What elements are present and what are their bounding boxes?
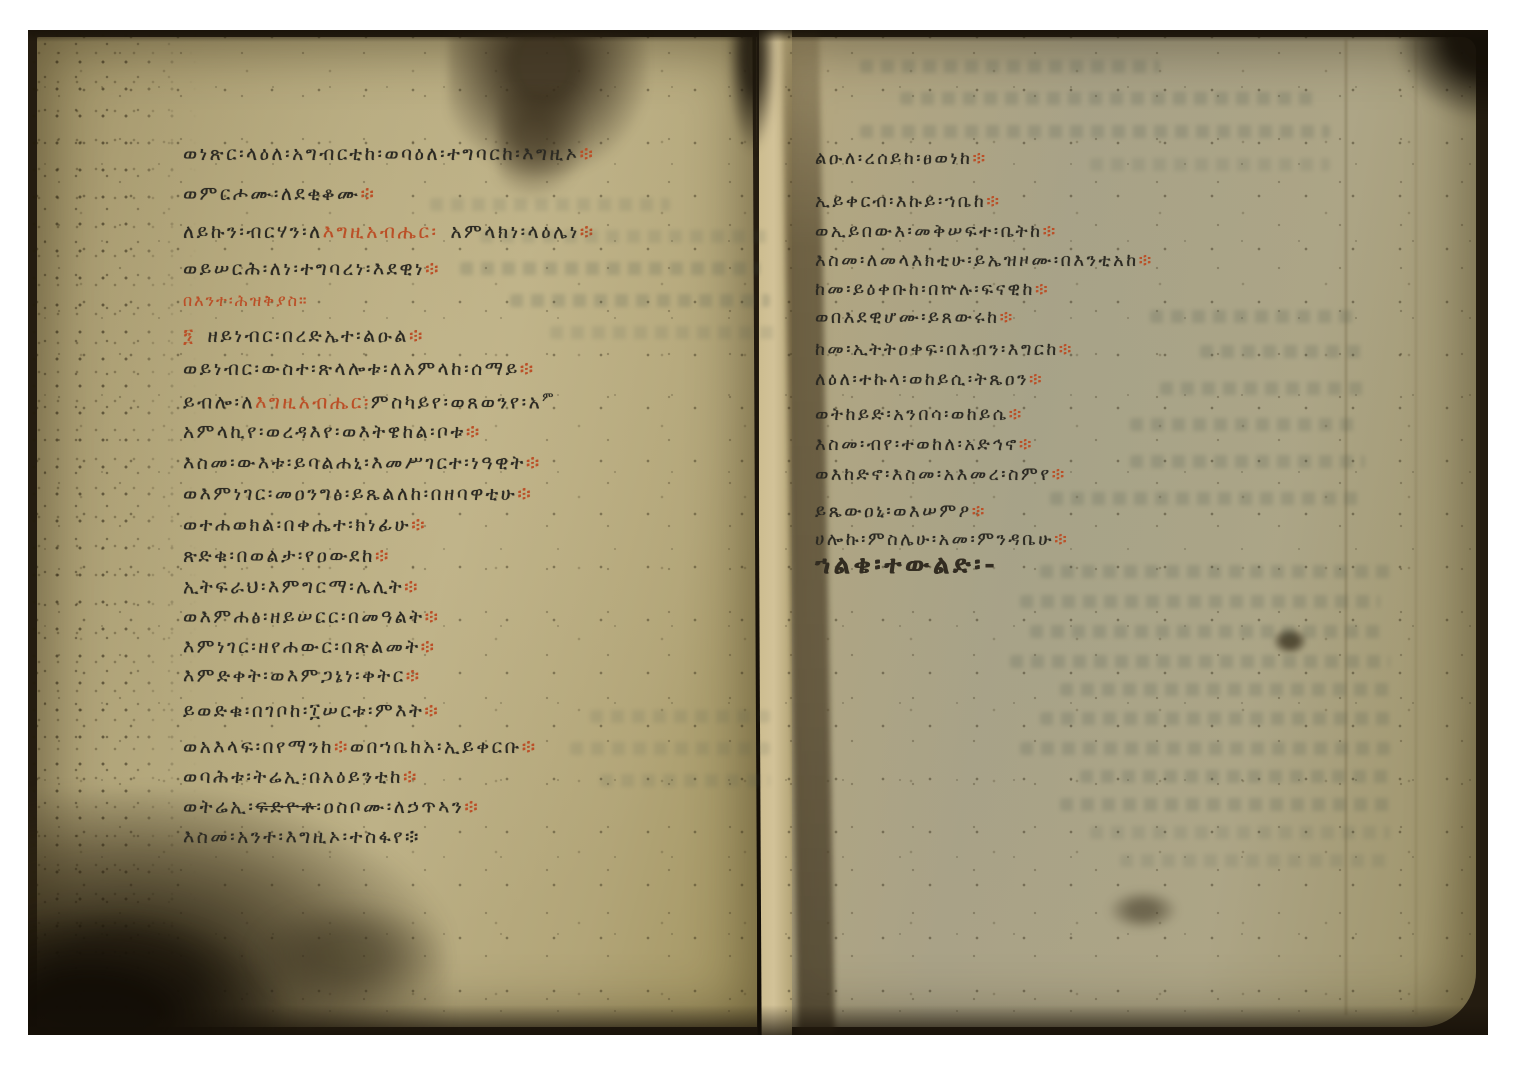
text-segment: ምስካይየ፡ወጸወንየ፡አ: [371, 391, 542, 413]
rubric-segment: ፨: [972, 501, 987, 522]
manuscript-line: እስመ፡አንተ፡እግዚኦ፡ተስፋየ፨: [183, 826, 421, 848]
rubric-segment: ፨: [1009, 404, 1024, 425]
manuscript-line: እምነገር፡ዘየሐውር፡በጽልመት፨: [183, 636, 437, 658]
text-segment: እስመ፡ብየ፡ተወከለ፡አድኅኖ: [815, 434, 1019, 455]
manuscript-line: ጽድቁ፡በወልታ፡የዐውደከ፨: [183, 545, 391, 567]
text-segment: ወምርሖሙ፡ለደቂቆሙ: [183, 183, 361, 205]
rubric-segment: ፨: [1139, 250, 1154, 271]
bleedthrough-line: [900, 92, 1320, 105]
text-segment: ለይኩን፡ብርሃን፡ለ: [183, 221, 323, 243]
bleedthrough-line: [860, 125, 1330, 138]
bleedthrough-line: [1030, 625, 1380, 638]
manuscript-line: ወትከይድ፡አንበሳ፡ወከይሴ፨: [815, 404, 1024, 425]
text-segment: ወበእደዊሆሙ፡ይጸውሩከ: [815, 307, 1000, 328]
rubric-segment: ፨: [1059, 339, 1074, 360]
bleedthrough-line: [430, 198, 670, 211]
text-segment: ኢትፍራህ፡እምግርማ፡ሌሊት: [183, 576, 404, 598]
manuscript-line: ወይነብር፡ውስተ፡ጽላሎቱ፡ለአምላከ፡ሰማይ፨: [183, 358, 536, 380]
text-segment: ወትሬኢ፡: [183, 796, 255, 818]
manuscript-line: ወተሐወክል፡በቀሔተ፡ክነፊሁ፨: [183, 514, 427, 536]
bleedthrough-line: [460, 262, 760, 275]
rubric-segment: ፨: [1054, 529, 1069, 550]
rubric-segment: ፨: [334, 736, 350, 758]
bleedthrough-line: [1130, 418, 1355, 431]
bleedthrough-line: [1090, 158, 1330, 171]
rubric-segment: ፨: [421, 636, 437, 658]
manuscript-line: በእንተ፡ሕዝቅያስ።: [183, 291, 308, 311]
text-segment: ወተሐወክል፡በቀሔተ፡ክነፊሁ: [183, 514, 411, 536]
rubric-segment: ፨: [1043, 221, 1058, 242]
text-segment: እስመ፡ለመላእክቲሁ፡ይኤዝዞሙ፡በእንቲአከ: [815, 250, 1139, 271]
text-segment: እስመ፡ውእቱ፡ይባልሐኒ፡እመሥገርተ፡ነዓዊት: [183, 452, 526, 474]
bleedthrough-line: [570, 742, 770, 755]
bleedthrough-line: [590, 710, 770, 723]
text-segment: ይብሎ፡ለ: [183, 391, 255, 413]
text-segment: ፍድዮቶ: [255, 796, 316, 818]
page-crease: [1415, 40, 1417, 1015]
text-segment: ወባሕቱ፡ትሬኢ፡በአዕይንቲከ: [183, 766, 403, 788]
rubric-segment: በእንተ፡ሕዝቅያስ።: [183, 291, 308, 310]
bleedthrough-line: [550, 326, 780, 339]
bleedthrough-line: [860, 60, 1160, 73]
text-segment: ዘይነብር፡በረድኤተ፡ልዑል: [208, 325, 409, 347]
manuscript-line: ለዕለ፡ተኩላ፡ወከይሲ፡ትጼዐን፨: [815, 369, 1044, 390]
bleedthrough-line: [1130, 455, 1365, 468]
manuscript-line: ወእምነገር፡መዐንግፅ፡ይጼልለከ፡በዘባዋቲሁ፨: [183, 483, 533, 505]
manuscript-line: ፺ ዘይነብር፡በረድኤተ፡ልዑል፨: [183, 325, 425, 347]
rubric-segment: ፨: [1000, 307, 1015, 328]
text-segment: ወይነብር፡ውስተ፡ጽላሎቱ፡ለአምላከ፡ሰማይ: [183, 358, 520, 380]
text-segment: ሀሎኩ፡ምስሌሁ፡አመ፡ምንዳቤሁ: [815, 529, 1054, 550]
rubric-segment: ፨: [406, 665, 422, 687]
text-segment: ይወድቁ፡በገቦከ፡፲ሠርቱ፡ምእት: [183, 700, 424, 722]
text-segment: ወይሠርሕ፡ለነ፡ተግባረነ፡እደዊነ: [183, 258, 425, 280]
text-segment: ፡ዐስቦሙ፡ለኃጥኣን: [316, 796, 464, 818]
rubric-segment: ፨: [403, 766, 419, 788]
rubric-segment: ፨: [517, 483, 533, 505]
page-crease: [1345, 40, 1347, 1015]
manuscript-line: ወበእደዊሆሙ፡ይጸውሩከ፨: [815, 307, 1015, 328]
manuscript-line: ኢይቀርብ፡እኩይ፡ኀቤከ፨: [815, 191, 1001, 212]
rubric-segment: ፨: [464, 796, 480, 818]
manuscript-line: እስመ፡ውእቱ፡ይባልሐኒ፡እመሥገርተ፡ነዓዊት፨: [183, 452, 542, 474]
manuscript-line: ወእምሐፅ፡ዘይሠርር፡በመዓልት፨: [183, 606, 440, 628]
text-segment: እምነገር፡ዘየሐውር፡በጽልመት: [183, 636, 421, 658]
manuscript-line: እስመ፡ለመላእክቲሁ፡ይኤዝዞሙ፡በእንቲአከ፨: [815, 250, 1154, 271]
manuscript-line: ወይሠርሕ፡ለነ፡ተግባረነ፡እደዊነ፨: [183, 258, 441, 280]
bleedthrough-line: [1080, 770, 1390, 783]
manuscript-line: ወምርሖሙ፡ለደቂቆሙ፨: [183, 183, 376, 205]
text-segment: እስመ፡አንተ፡እግዚኦ፡ተስፋየ፨: [183, 826, 421, 848]
rubric-segment: ፨: [361, 183, 377, 205]
text-segment: ለዕለ፡ተኩላ፡ወከይሲ፡ትጼዐን: [815, 369, 1029, 390]
bleedthrough-line: [1160, 382, 1365, 395]
rubric-segment: ፨: [579, 143, 595, 165]
manuscript-line: ይወድቁ፡በገቦከ፡፲ሠርቱ፡ምእት፨: [183, 700, 440, 722]
text-segment: ወኢይበውእ፡መቅሠፍተ፡ቤትከ: [815, 221, 1043, 242]
text-segment: ወነጽር፡ላዕለ፡አግብርቲከ፡ወባዕለ፡ተግባርከ፡እግዚኦ: [183, 143, 579, 165]
manuscript-line: ኀልቄ፡ተውልድ፡-: [815, 550, 998, 580]
rubric-segment: ፨: [520, 358, 536, 380]
text-segment: አምላኪየ፡ወረዳእየ፡ወእትዌከል፡ቦቱ: [183, 421, 466, 443]
bleedthrough-line: [1090, 826, 1390, 839]
rubric-segment: ፨: [1052, 464, 1067, 485]
text-segment: ጽድቁ፡በወልታ፡የዐውደከ: [183, 545, 375, 567]
bleedthrough-line: [510, 294, 770, 307]
manuscript-line: እምድቀት፡ወእምጋኔነ፡ቀትር፨: [183, 665, 422, 687]
manuscript-line: ይብሎ፡ለእግዚአብሔር፡ምስካይየ፡ወጸወንየ፡አም: [183, 390, 556, 413]
rubric-segment: ፨: [404, 576, 420, 598]
manuscript-line: አምላኪየ፡ወረዳእየ፡ወእትዌከል፡ቦቱ፨: [183, 421, 482, 443]
manuscript-line: ሀሎኩ፡ምስሌሁ፡አመ፡ምንዳቤሁ፨: [815, 529, 1069, 550]
text-segment: ም: [542, 390, 556, 404]
bleedthrough-line: [1120, 854, 1390, 867]
rubric-segment: ፨: [1035, 279, 1050, 300]
text-segment: ከመ፡ይዕቀቡከ፡በኵሉ፡ፍናዊከ: [815, 279, 1035, 300]
manuscript-line: እስመ፡ብየ፡ተወከለ፡አድኅኖ፨: [815, 434, 1034, 455]
rubric-segment: ፺: [183, 325, 208, 347]
manuscript-line: ኢትፍራህ፡እምግርማ፡ሌሊት፨: [183, 576, 420, 598]
text-segment: ከመ፡ኢትትዐቀፍ፡በእብን፡እግርከ: [815, 339, 1059, 360]
bleedthrough-line: [1150, 310, 1360, 323]
bleedthrough-line: [1200, 345, 1365, 358]
bleedthrough-line: [1020, 595, 1380, 608]
text-segment: ይጼውዐኒ፡ወእሠምዖ: [815, 501, 972, 522]
manuscript-line: ይጼውዐኒ፡ወእሠምዖ፨: [815, 501, 987, 522]
manuscript-line: ወእከድኖ፡እስመ፡አእመረ፡ስምየ፨: [815, 464, 1067, 485]
rubric-segment: ፨: [972, 148, 987, 169]
rubric-segment: ፨: [466, 421, 482, 443]
text-segment: ወበኀቤከአ፡ኢይቀርቡ: [350, 736, 522, 758]
text-segment: እምድቀት፡ወእምጋኔነ፡ቀትር: [183, 665, 406, 687]
rubric-segment: ፨: [375, 545, 391, 567]
rubric-segment: ፨: [1029, 369, 1044, 390]
rubric-segment: እግዚአብሔር፡: [323, 221, 439, 243]
text-segment: ወአእላፍ፡በየማንከ: [183, 736, 334, 758]
text-segment: ወእምሐፅ፡ዘይሠርር፡በመዓልት: [183, 606, 425, 628]
bleedthrough-line: [1040, 712, 1390, 725]
manuscript-photo: እስመ፡አንተ፡እግዚኦ፡ተስፋየ፨ወትሬኢ፡ፍድዮቶ፡ዐስቦሙ፡ለኃጥኣን፨ወ…: [28, 30, 1488, 1035]
manuscript-line: ወትሬኢ፡ፍድዮቶ፡ዐስቦሙ፡ለኃጥኣን፨: [183, 796, 480, 818]
manuscript-line: ወአእላፍ፡በየማንከ፨ወበኀቤከአ፡ኢይቀርቡ፨: [183, 736, 538, 758]
text-segment: ኢይቀርብ፡እኩይ፡ኀቤከ: [815, 191, 986, 212]
bleedthrough-line: [1060, 798, 1390, 811]
bleedthrough-line: [600, 774, 770, 787]
bleedthrough-line: [1010, 655, 1390, 668]
rubric-segment: ፨: [986, 191, 1001, 212]
bleedthrough-line: [1040, 565, 1390, 578]
manuscript-line: ከመ፡ይዕቀቡከ፡በኵሉ፡ፍናዊከ፨: [815, 279, 1050, 300]
manuscript-line: ልዑለ፡ረሰይከ፡ፀወነከ፨: [815, 148, 988, 169]
rubric-segment: ፨: [425, 258, 441, 280]
manuscript-line: ወባሕቱ፡ትሬኢ፡በአዕይንቲከ፨: [183, 766, 419, 788]
text-segment: ወእምነገር፡መዐንግፅ፡ይጼልለከ፡በዘባዋቲሁ: [183, 483, 517, 505]
text-segment: ወትከይድ፡አንበሳ፡ወከይሴ: [815, 404, 1009, 425]
rubric-segment: እግዚአብሔር፡: [255, 391, 371, 413]
rubric-segment: ፨: [424, 700, 440, 722]
text-segment: ወእከድኖ፡እስመ፡አእመረ፡ስምየ: [815, 464, 1052, 485]
rubric-segment: ፨: [1019, 434, 1034, 455]
bleedthrough-line: [480, 230, 770, 243]
manuscript-line: ከመ፡ኢትትዐቀፍ፡በእብን፡እግርከ፨: [815, 339, 1074, 360]
text-segment: ልዑለ፡ረሰይከ፡ፀወነከ: [815, 148, 972, 169]
rubric-segment: ፨: [409, 325, 425, 347]
manuscript-line: ወኢይበውእ፡መቅሠፍተ፡ቤትከ፨: [815, 221, 1058, 242]
rubric-segment: ፨: [425, 606, 441, 628]
manuscript-line: ወነጽር፡ላዕለ፡አግብርቲከ፡ወባዕለ፡ተግባርከ፡እግዚኦ፨: [183, 143, 595, 165]
bleedthrough-line: [1060, 683, 1390, 696]
bleedthrough-line: [1020, 742, 1390, 755]
rubric-segment: ፨: [411, 514, 427, 536]
rubric-segment: ፨: [526, 452, 542, 474]
rubric-segment: ፨: [522, 736, 538, 758]
bleedthrough-line: [1050, 492, 1365, 505]
text-segment: ኀልቄ፡ተውልድ፡-: [815, 550, 998, 579]
